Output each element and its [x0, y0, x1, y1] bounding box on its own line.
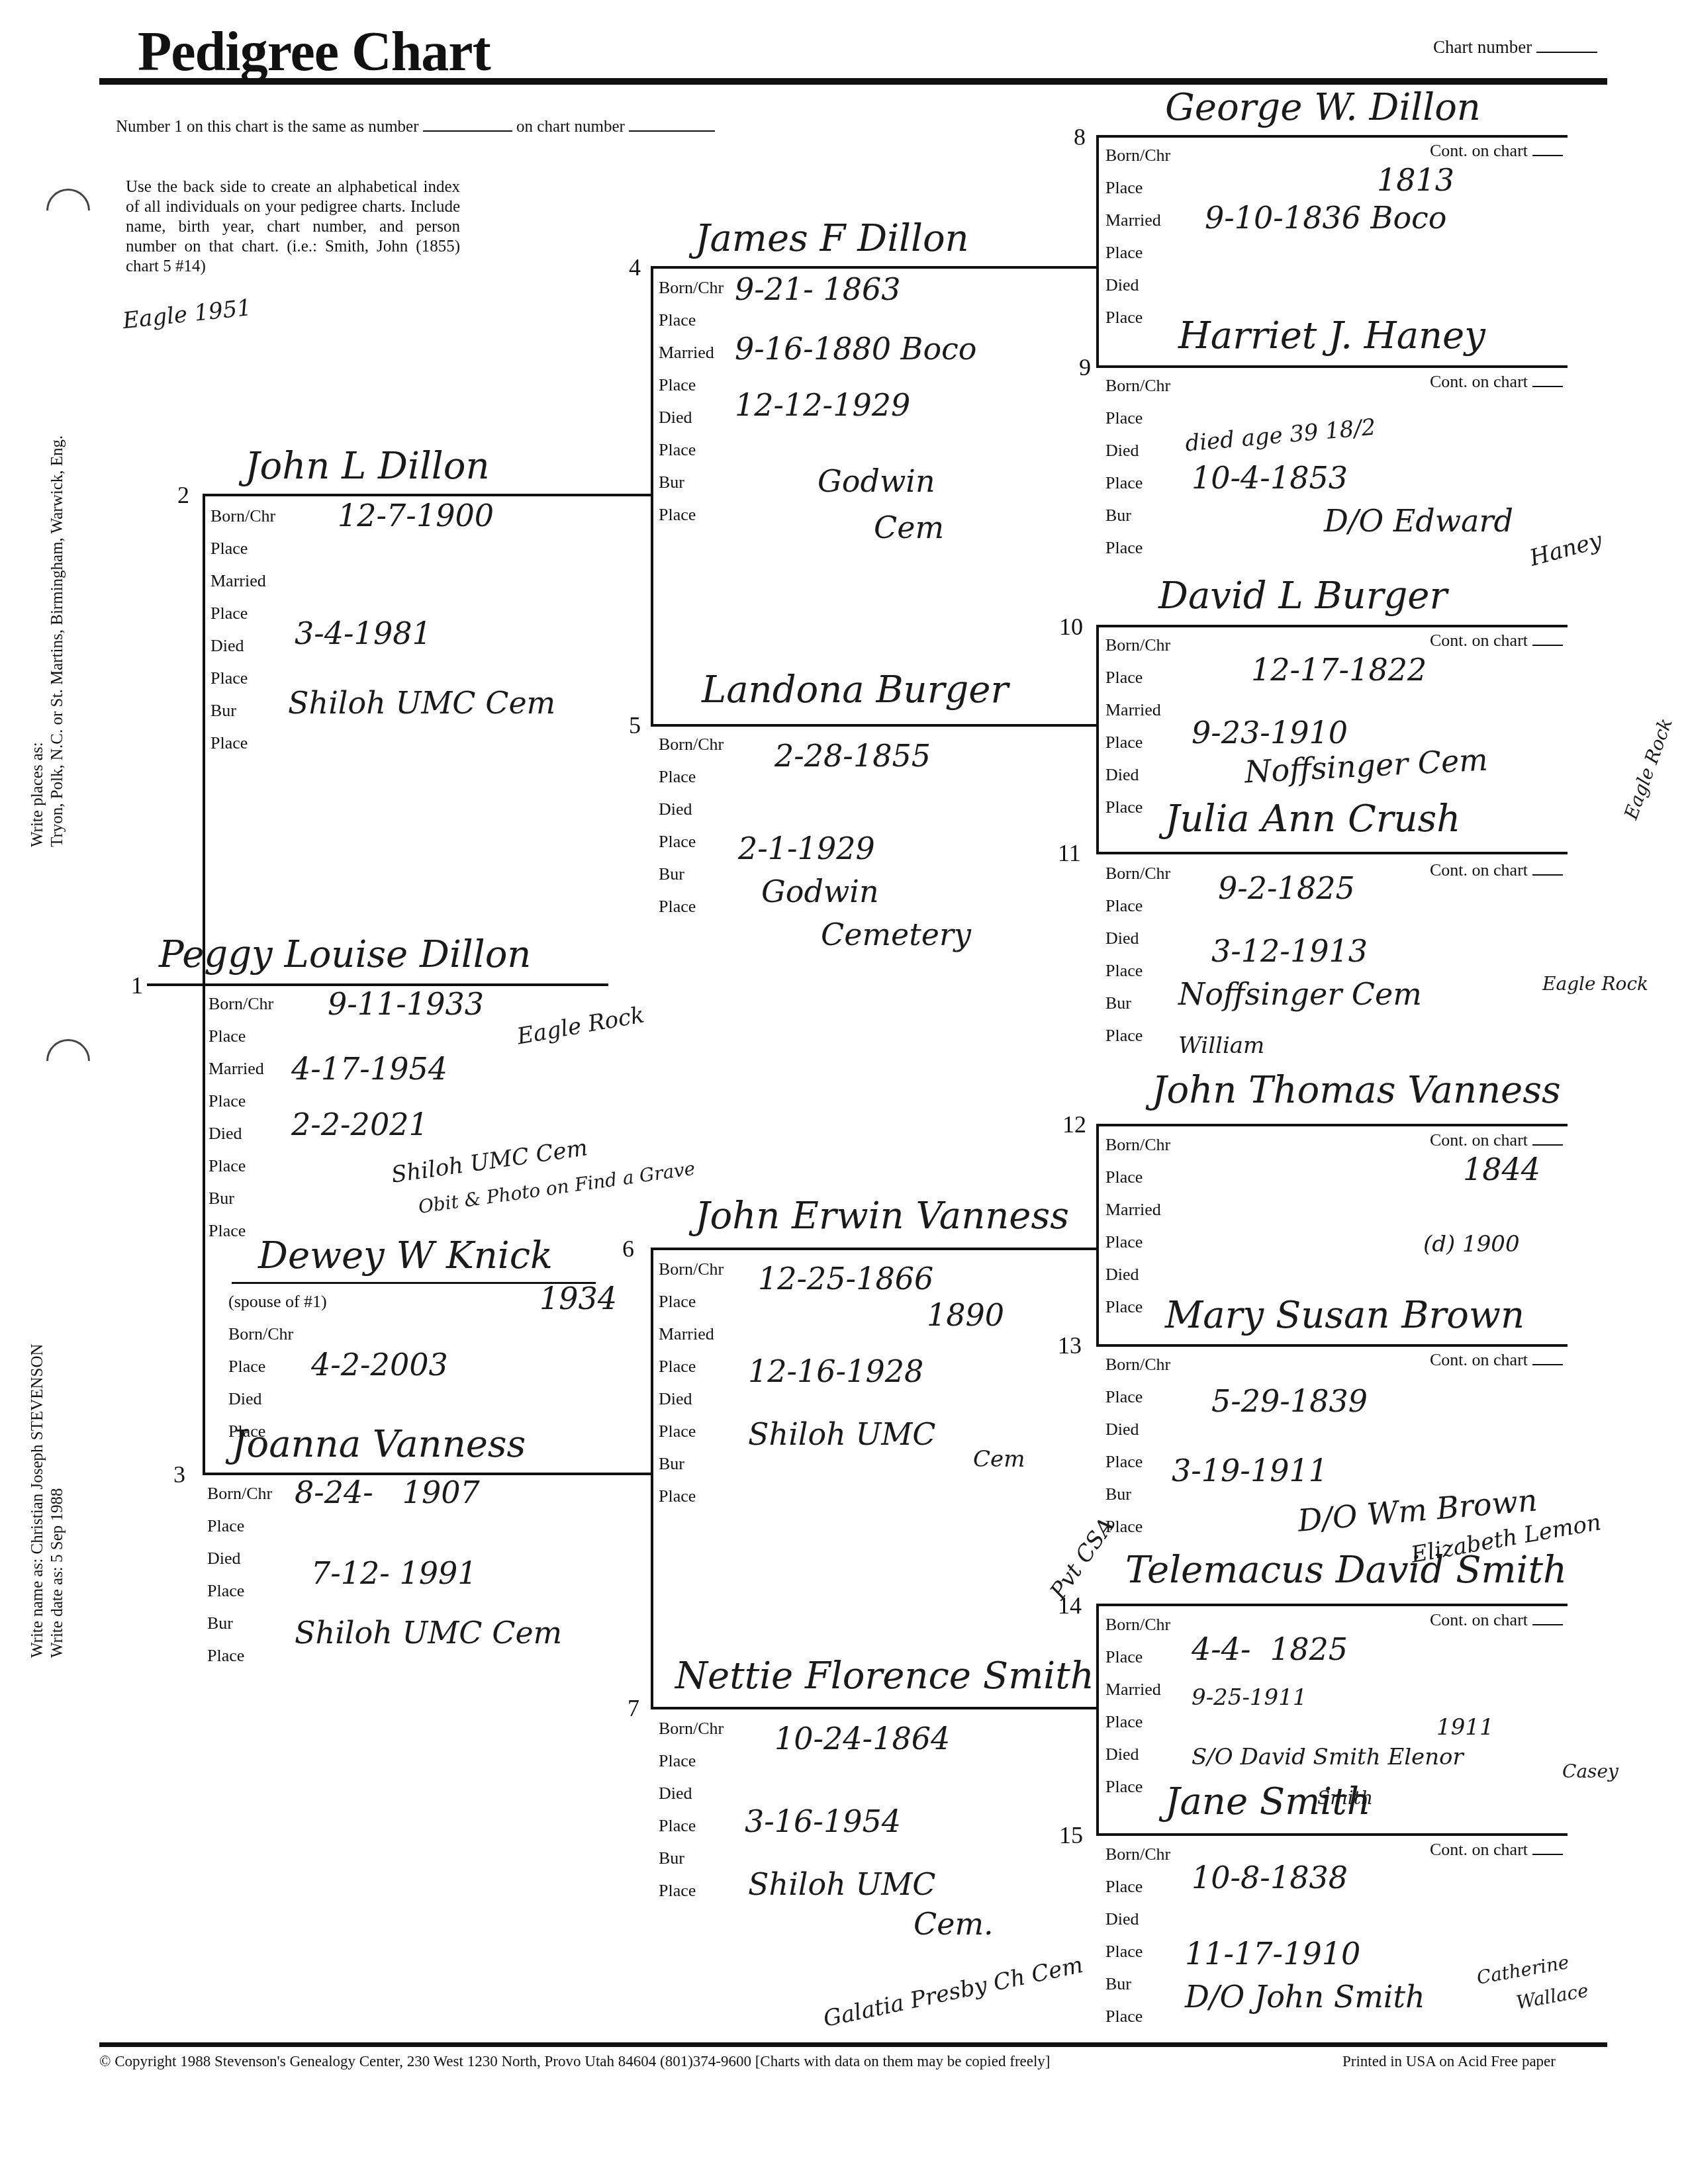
- person-number-5: 5: [629, 711, 641, 739]
- chart-number-blank[interactable]: [1536, 52, 1597, 53]
- person-14-prefix[interactable]: Pvt CSA: [1045, 1513, 1120, 1604]
- person-5-died[interactable]: 2-1-1929: [738, 831, 875, 866]
- person-number-2: 2: [177, 481, 189, 509]
- person-number-8: 8: [1074, 123, 1086, 151]
- label-died: Died: [659, 1777, 724, 1809]
- label-place: Place: [659, 433, 724, 466]
- spouse-name[interactable]: Dewey W Knick: [258, 1234, 553, 1277]
- person-14-labels: Born/Chr Place Married Place Died Place: [1105, 1608, 1170, 1803]
- same-as-chart-blank[interactable]: [629, 130, 715, 132]
- label-born: Born/Chr: [1105, 369, 1170, 402]
- name-line-5: [651, 724, 1096, 727]
- copyright: © Copyright 1988 Stevenson's Genealogy C…: [99, 2053, 1051, 2070]
- label-place: Place: [1105, 1641, 1170, 1673]
- label-bur: Bur: [207, 1607, 272, 1639]
- cont-blank[interactable]: [1532, 1854, 1563, 1855]
- person-13-labels: Born/Chr Place Died Place Bur Place: [1105, 1348, 1170, 1543]
- person-2-burial[interactable]: Shiloh UMC Cem: [288, 685, 555, 721]
- cont-label: Cont. on chart: [1430, 1130, 1528, 1150]
- person-2-died[interactable]: 3-4-1981: [295, 615, 432, 651]
- label-married: Married: [659, 1318, 724, 1350]
- person-14-married-2[interactable]: 1911: [1436, 1714, 1494, 1741]
- label-married: Married: [659, 336, 724, 369]
- label-died: Died: [1105, 1413, 1170, 1445]
- person-11-burial-2[interactable]: Eagle Rock: [1542, 973, 1648, 995]
- cont-label: Cont. on chart: [1430, 372, 1528, 391]
- label-place: Place: [1105, 1019, 1170, 1052]
- person-7-name[interactable]: Nettie Florence Smith: [675, 1655, 1094, 1698]
- label-died: Died: [211, 629, 275, 662]
- date-format-line: Write date as: 5 Sep 1988: [48, 1343, 68, 1658]
- label-bur: Bur: [659, 858, 724, 890]
- cont-label: Cont. on chart: [1430, 1610, 1528, 1629]
- punch-hole-mark: [37, 1030, 99, 1091]
- person-12-name-above[interactable]: William: [1178, 1032, 1264, 1059]
- label-place: Place: [1105, 1706, 1170, 1738]
- name-line-4: [651, 266, 1096, 269]
- person-number-7: 7: [628, 1694, 639, 1722]
- label-born: Born/Chr: [1105, 1608, 1170, 1641]
- person-7-labels: Born/Chr Place Died Place Bur Place: [659, 1712, 724, 1907]
- bracket-4: [651, 266, 653, 724]
- person-2-born[interactable]: 12-7-1900: [338, 498, 494, 533]
- page-title: Pedigree Chart: [138, 20, 491, 84]
- cont-label: Cont. on chart: [1430, 631, 1528, 650]
- person-6-labels: Born/Chr Place Married Place Died Place …: [659, 1253, 724, 1512]
- chart-number-label: Chart number: [1433, 37, 1532, 57]
- label-place: Place: [1105, 1445, 1170, 1478]
- person-13-died[interactable]: 3-19-1911: [1172, 1453, 1328, 1488]
- label-married: Married: [1105, 694, 1170, 726]
- bracket-2: [203, 494, 205, 983]
- bracket-6: [651, 1248, 653, 1707]
- name-line-9: [1096, 365, 1568, 368]
- person-1-labels: Born/Chr Place Married Place Died Place …: [209, 987, 273, 1247]
- label-bur: Bur: [659, 1447, 724, 1480]
- label-place: Place: [211, 727, 275, 759]
- person-15-cont: Cont. on chart: [1430, 1840, 1563, 1860]
- person-number-9: 9: [1079, 353, 1091, 381]
- instructions: Use the back side to create an alphabeti…: [126, 177, 460, 277]
- label-bur: Bur: [659, 1842, 724, 1874]
- person-14-parents[interactable]: S/O David Smith Elenor: [1192, 1744, 1464, 1770]
- label-born: Born/Chr: [1105, 1348, 1170, 1381]
- label-died: Died: [228, 1383, 327, 1415]
- cont-blank[interactable]: [1532, 386, 1563, 387]
- same-as-number-blank[interactable]: [423, 130, 512, 132]
- person-9-died-note[interactable]: died age 39 18/2: [1184, 414, 1377, 457]
- person-7-burial[interactable]: Shiloh UMC: [748, 1866, 936, 1902]
- label-bur: Bur: [659, 466, 724, 498]
- label-place: Place: [1105, 2000, 1170, 2032]
- person-1-name[interactable]: Peggy Louise Dillon: [159, 933, 531, 976]
- label-born: Born/Chr: [659, 728, 724, 760]
- label-place: Place: [1105, 1935, 1170, 1968]
- person-3-name[interactable]: Joanna Vanness: [232, 1423, 526, 1466]
- person-number-15: 15: [1059, 1821, 1083, 1849]
- label-born: Born/Chr: [228, 1318, 327, 1350]
- label-place: Place: [209, 1150, 273, 1182]
- person-number-10: 10: [1059, 613, 1083, 641]
- label-place: Place: [1105, 301, 1170, 334]
- person-2-labels: Born/Chr Place Married Place Died Place …: [211, 500, 275, 759]
- label-married: Married: [1105, 1673, 1170, 1706]
- places-line-2: Tryon, Polk, N.C. or St. Martins, Birmin…: [48, 435, 68, 847]
- bracket-1: [203, 983, 205, 1473]
- label-place: Place: [1105, 1870, 1170, 1903]
- person-15-born[interactable]: 10-8-1838: [1192, 1860, 1348, 1895]
- name-line-14: [1096, 1604, 1568, 1606]
- side-note-name-date: Write name as: Christian Joseph STEVENSO…: [28, 1343, 68, 1658]
- label-place: Place: [659, 1480, 724, 1512]
- label-married: Married: [1105, 1193, 1170, 1226]
- punch-hole-mark: [37, 179, 99, 241]
- label-bur: Bur: [211, 694, 275, 727]
- header-rule: [99, 78, 1607, 85]
- person-9-parents[interactable]: D/O Edward: [1324, 503, 1513, 539]
- person-11-born[interactable]: 9-2-1825: [1218, 870, 1355, 906]
- person-3-burial[interactable]: Shiloh UMC Cem: [295, 1615, 562, 1651]
- name-line-2: [203, 494, 651, 496]
- label-place: Place: [1105, 954, 1170, 987]
- bracket-10: [1096, 625, 1099, 852]
- person-13-cont: Cont. on chart: [1430, 1350, 1563, 1370]
- person-12-cont: Cont. on chart: [1430, 1130, 1563, 1150]
- person-5-labels: Born/Chr Place Died Place Bur Place: [659, 728, 724, 923]
- person-10-cont: Cont. on chart: [1430, 631, 1563, 651]
- spouse-died[interactable]: 4-2-2003: [311, 1347, 448, 1383]
- label-place: Place: [1105, 236, 1170, 269]
- label-died: Died: [1105, 269, 1170, 301]
- person-7-died[interactable]: 3-16-1954: [745, 1803, 901, 1839]
- cont-blank[interactable]: [1532, 645, 1563, 646]
- person-8-cont: Cont. on chart: [1430, 141, 1563, 161]
- label-married: Married: [211, 565, 275, 597]
- person-6-burial-2[interactable]: Cem: [973, 1446, 1025, 1473]
- cont-label: Cont. on chart: [1430, 860, 1528, 880]
- label-born: Born/Chr: [207, 1477, 272, 1510]
- bracket-14: [1096, 1604, 1099, 1833]
- cont-blank[interactable]: [1532, 1144, 1563, 1146]
- label-born: Born/Chr: [1105, 629, 1170, 661]
- label-born: Born/Chr: [659, 1253, 724, 1285]
- name-line-7: [651, 1707, 1096, 1709]
- person-14-born[interactable]: 4-4- 1825: [1192, 1631, 1348, 1667]
- cont-blank[interactable]: [1532, 1364, 1563, 1365]
- label-place: Place: [1105, 1381, 1170, 1413]
- label-place: Place: [1105, 1770, 1170, 1803]
- name-line-10: [1096, 625, 1568, 627]
- label-died: Died: [659, 401, 724, 433]
- person-12-died[interactable]: (d) 1900: [1423, 1231, 1520, 1257]
- person-10-died-place-2[interactable]: Eagle Rock: [1620, 715, 1677, 823]
- person-6-burial[interactable]: Shiloh UMC: [748, 1416, 936, 1452]
- label-place: Place: [207, 1574, 272, 1607]
- person-11-name[interactable]: Julia Ann Crush: [1165, 797, 1460, 841]
- person-1-born[interactable]: 9-11-1933: [328, 986, 484, 1022]
- places-line-1: Write places as:: [28, 435, 48, 847]
- cont-blank[interactable]: [1532, 155, 1563, 156]
- label-place: Place: [1105, 171, 1170, 204]
- person-9-died[interactable]: 10-4-1853: [1192, 460, 1348, 496]
- name-line-8: [1096, 135, 1568, 138]
- person-10-born[interactable]: 12-17-1822: [1251, 652, 1427, 688]
- person-1-died[interactable]: 2-2-2021: [291, 1107, 428, 1142]
- person-11-burial[interactable]: Noffsinger Cem: [1178, 976, 1422, 1012]
- person-7-note[interactable]: Galatia Presby Ch Cem: [821, 1952, 1085, 2032]
- person-5-burial[interactable]: Godwin: [761, 874, 879, 909]
- person-14-parents-2[interactable]: Casey: [1562, 1760, 1618, 1782]
- label-place: Place: [1105, 1291, 1170, 1323]
- bracket-12: [1096, 1124, 1099, 1344]
- label-place: Place: [659, 890, 724, 923]
- person-1-married[interactable]: 4-17-1954: [291, 1051, 447, 1087]
- label-born: Born/Chr: [209, 987, 273, 1020]
- person-6-died[interactable]: 12-16-1928: [748, 1353, 923, 1389]
- person-5-burial-2[interactable]: Cemetery: [821, 917, 971, 952]
- person-11-labels: Born/Chr Place Died Place Bur Place: [1105, 857, 1170, 1052]
- label-place: Place: [1105, 1226, 1170, 1258]
- cont-label: Cont. on chart: [1430, 1350, 1528, 1369]
- label-place: Place: [207, 1639, 272, 1672]
- label-place: Place: [1105, 791, 1170, 823]
- name-format-line: Write name as: Christian Joseph STEVENSO…: [28, 1343, 48, 1658]
- label-place: Place: [1105, 726, 1170, 758]
- label-place: Place: [209, 1020, 273, 1052]
- person-number-12: 12: [1062, 1111, 1086, 1138]
- label-place: Place: [659, 369, 724, 401]
- label-born: Born/Chr: [659, 271, 724, 304]
- person-6-name[interactable]: John Erwin Vanness: [695, 1195, 1069, 1238]
- cont-label: Cont. on chart: [1430, 1840, 1528, 1859]
- person-4-married[interactable]: 9-16-1880 Boco: [735, 331, 977, 367]
- same-as-mid: on chart number: [516, 118, 625, 136]
- label-place: Place: [659, 1874, 724, 1907]
- label-spouse-of-1: (spouse of #1): [228, 1285, 327, 1318]
- same-as-field: Number 1 on this chart is the same as nu…: [116, 118, 715, 136]
- name-line-13: [1096, 1344, 1568, 1347]
- footer-rule: [99, 2042, 1607, 2047]
- person-3-born[interactable]: 8-24- 1907: [295, 1475, 480, 1510]
- person-number-6: 6: [622, 1235, 634, 1263]
- person-15-name[interactable]: Jane Smith: [1165, 1780, 1371, 1823]
- same-as-prefix: Number 1 on this chart is the same as nu…: [116, 118, 419, 136]
- person-4-burial[interactable]: Godwin: [818, 463, 935, 499]
- label-died: Died: [659, 1383, 724, 1415]
- person-7-born[interactable]: 10-24-1864: [774, 1721, 950, 1756]
- label-died: Died: [1105, 758, 1170, 791]
- label-born: Born/Chr: [1105, 139, 1170, 171]
- label-place: Place: [659, 1809, 724, 1842]
- label-place: Place: [659, 825, 724, 858]
- person-13-name[interactable]: Mary Susan Brown: [1165, 1294, 1524, 1337]
- name-line-12: [1096, 1124, 1568, 1126]
- person-8-married[interactable]: 9-10-1836 Boco: [1205, 200, 1447, 236]
- cont-blank[interactable]: [1532, 1624, 1563, 1625]
- label-place: Place: [211, 532, 275, 565]
- label-place: Place: [209, 1085, 273, 1117]
- label-married: Married: [209, 1052, 273, 1085]
- cont-label: Cont. on chart: [1430, 141, 1528, 160]
- person-6-born[interactable]: 12-25-1866: [758, 1261, 933, 1297]
- person-15-parents-3[interactable]: Wallace: [1515, 1979, 1590, 2014]
- bracket-8: [1096, 135, 1099, 365]
- person-4-burial-2[interactable]: Cem: [874, 510, 944, 545]
- person-number-11: 11: [1058, 839, 1081, 867]
- person-number-3: 3: [173, 1461, 185, 1488]
- chart-number-field: Chart number: [1433, 37, 1597, 58]
- label-place: Place: [659, 1415, 724, 1447]
- person-4-born[interactable]: 9-21- 1863: [735, 271, 901, 307]
- person-4-died[interactable]: 12-12-1929: [735, 387, 910, 423]
- person-9-name[interactable]: Harriet J. Haney: [1178, 314, 1485, 357]
- spouse-born[interactable]: 1934: [539, 1281, 617, 1316]
- person-3-died[interactable]: 7-12- 1991: [311, 1555, 477, 1591]
- person-8-name[interactable]: George W. Dillon: [1165, 86, 1481, 129]
- label-bur: Bur: [1105, 1478, 1170, 1510]
- printed-note: Printed in USA on Acid Free paper: [1342, 2053, 1556, 2070]
- label-place: Place: [207, 1510, 272, 1542]
- label-born: Born/Chr: [1105, 1128, 1170, 1161]
- person-6-married[interactable]: 1890: [927, 1297, 1004, 1333]
- label-place: Place: [1105, 531, 1170, 564]
- person-5-born[interactable]: 2-28-1855: [774, 738, 931, 774]
- person-15-labels: Born/Chr Place Died Place Bur Place: [1105, 1838, 1170, 2032]
- label-place: Place: [659, 498, 724, 531]
- person-11-cont: Cont. on chart: [1430, 860, 1563, 880]
- person-1-born-place[interactable]: Eagle Rock: [515, 1001, 646, 1050]
- person-4-labels: Born/Chr Place Married Place Died Place …: [659, 271, 724, 531]
- label-place: Place: [659, 760, 724, 793]
- person-13-born[interactable]: 5-29-1839: [1211, 1383, 1368, 1419]
- person-10-died[interactable]: 9-23-1910: [1192, 715, 1348, 751]
- label-born: Born/Chr: [659, 1712, 724, 1745]
- name-line-6: [651, 1248, 1096, 1250]
- person-number-4: 4: [629, 253, 641, 281]
- label-married: Married: [1105, 204, 1170, 236]
- person-8-labels: Born/Chr Place Married Place Died Place: [1105, 139, 1170, 334]
- cont-blank[interactable]: [1532, 874, 1563, 876]
- label-died: Died: [209, 1117, 273, 1150]
- label-place: Place: [659, 1350, 724, 1383]
- person-12-name[interactable]: John Thomas Vanness: [1152, 1069, 1561, 1112]
- person-14-married[interactable]: 9-25-1911: [1192, 1684, 1307, 1711]
- person-15-parents-2[interactable]: Catherine: [1475, 1951, 1571, 1989]
- label-died: Died: [1105, 1738, 1170, 1770]
- label-place: Place: [1105, 889, 1170, 922]
- person-14-name[interactable]: Telemacus David Smith: [1125, 1549, 1567, 1592]
- label-died: Died: [659, 793, 724, 825]
- label-born: Born/Chr: [1105, 1838, 1170, 1870]
- label-bur: Bur: [209, 1182, 273, 1214]
- label-bur: Bur: [1105, 987, 1170, 1019]
- person-7-burial-2[interactable]: Cem.: [914, 1906, 994, 1942]
- person-8-born[interactable]: 1813: [1377, 162, 1454, 198]
- label-place: Place: [1105, 1161, 1170, 1193]
- side-note-places: Write places as: Tryon, Polk, N.C. or St…: [28, 435, 68, 847]
- name-line-15: [1096, 1833, 1568, 1836]
- label-died: Died: [207, 1542, 272, 1574]
- person-10-name[interactable]: David L Burger: [1158, 574, 1447, 617]
- label-place: Place: [1105, 467, 1170, 499]
- label-died: Died: [1105, 922, 1170, 954]
- name-line-11: [1096, 852, 1568, 854]
- person-5-name[interactable]: Landona Burger: [702, 668, 1008, 711]
- label-place: Place: [211, 662, 275, 694]
- person-9-labels: Born/Chr Place Died Place Bur Place: [1105, 369, 1170, 564]
- label-died: Died: [1105, 1258, 1170, 1291]
- label-place: Place: [1105, 402, 1170, 434]
- person-2-name[interactable]: John L Dillon: [245, 445, 490, 488]
- label-place: Place: [1105, 661, 1170, 694]
- person-14-cont: Cont. on chart: [1430, 1610, 1563, 1630]
- person-12-born[interactable]: 1844: [1463, 1152, 1540, 1187]
- person-9-parents-2[interactable]: Haney: [1527, 527, 1605, 571]
- label-place: Place: [659, 1745, 724, 1777]
- label-place: Place: [211, 597, 275, 629]
- margin-note: Eagle 1951: [121, 295, 252, 334]
- person-9-cont: Cont. on chart: [1430, 372, 1563, 392]
- label-died: Died: [1105, 434, 1170, 467]
- person-number-1: 1: [131, 972, 143, 999]
- label-born: Born/Chr: [211, 500, 275, 532]
- person-number-13: 13: [1058, 1332, 1082, 1359]
- label-place: Place: [659, 1285, 724, 1318]
- person-15-died[interactable]: 11-17-1910: [1185, 1936, 1360, 1972]
- label-bur: Bur: [1105, 1968, 1170, 2000]
- label-died: Died: [1105, 1903, 1170, 1935]
- person-10-labels: Born/Chr Place Married Place Died Place: [1105, 629, 1170, 823]
- label-place: Place: [659, 304, 724, 336]
- person-4-name[interactable]: James F Dillon: [695, 217, 969, 260]
- person-12-labels: Born/Chr Place Married Place Died Place: [1105, 1128, 1170, 1323]
- person-11-died[interactable]: 3-12-1913: [1211, 933, 1368, 969]
- person-3-labels: Born/Chr Place Died Place Bur Place: [207, 1477, 272, 1672]
- label-born: Born/Chr: [1105, 857, 1170, 889]
- label-bur: Bur: [1105, 499, 1170, 531]
- person-15-parents[interactable]: D/O John Smith: [1185, 1979, 1425, 2015]
